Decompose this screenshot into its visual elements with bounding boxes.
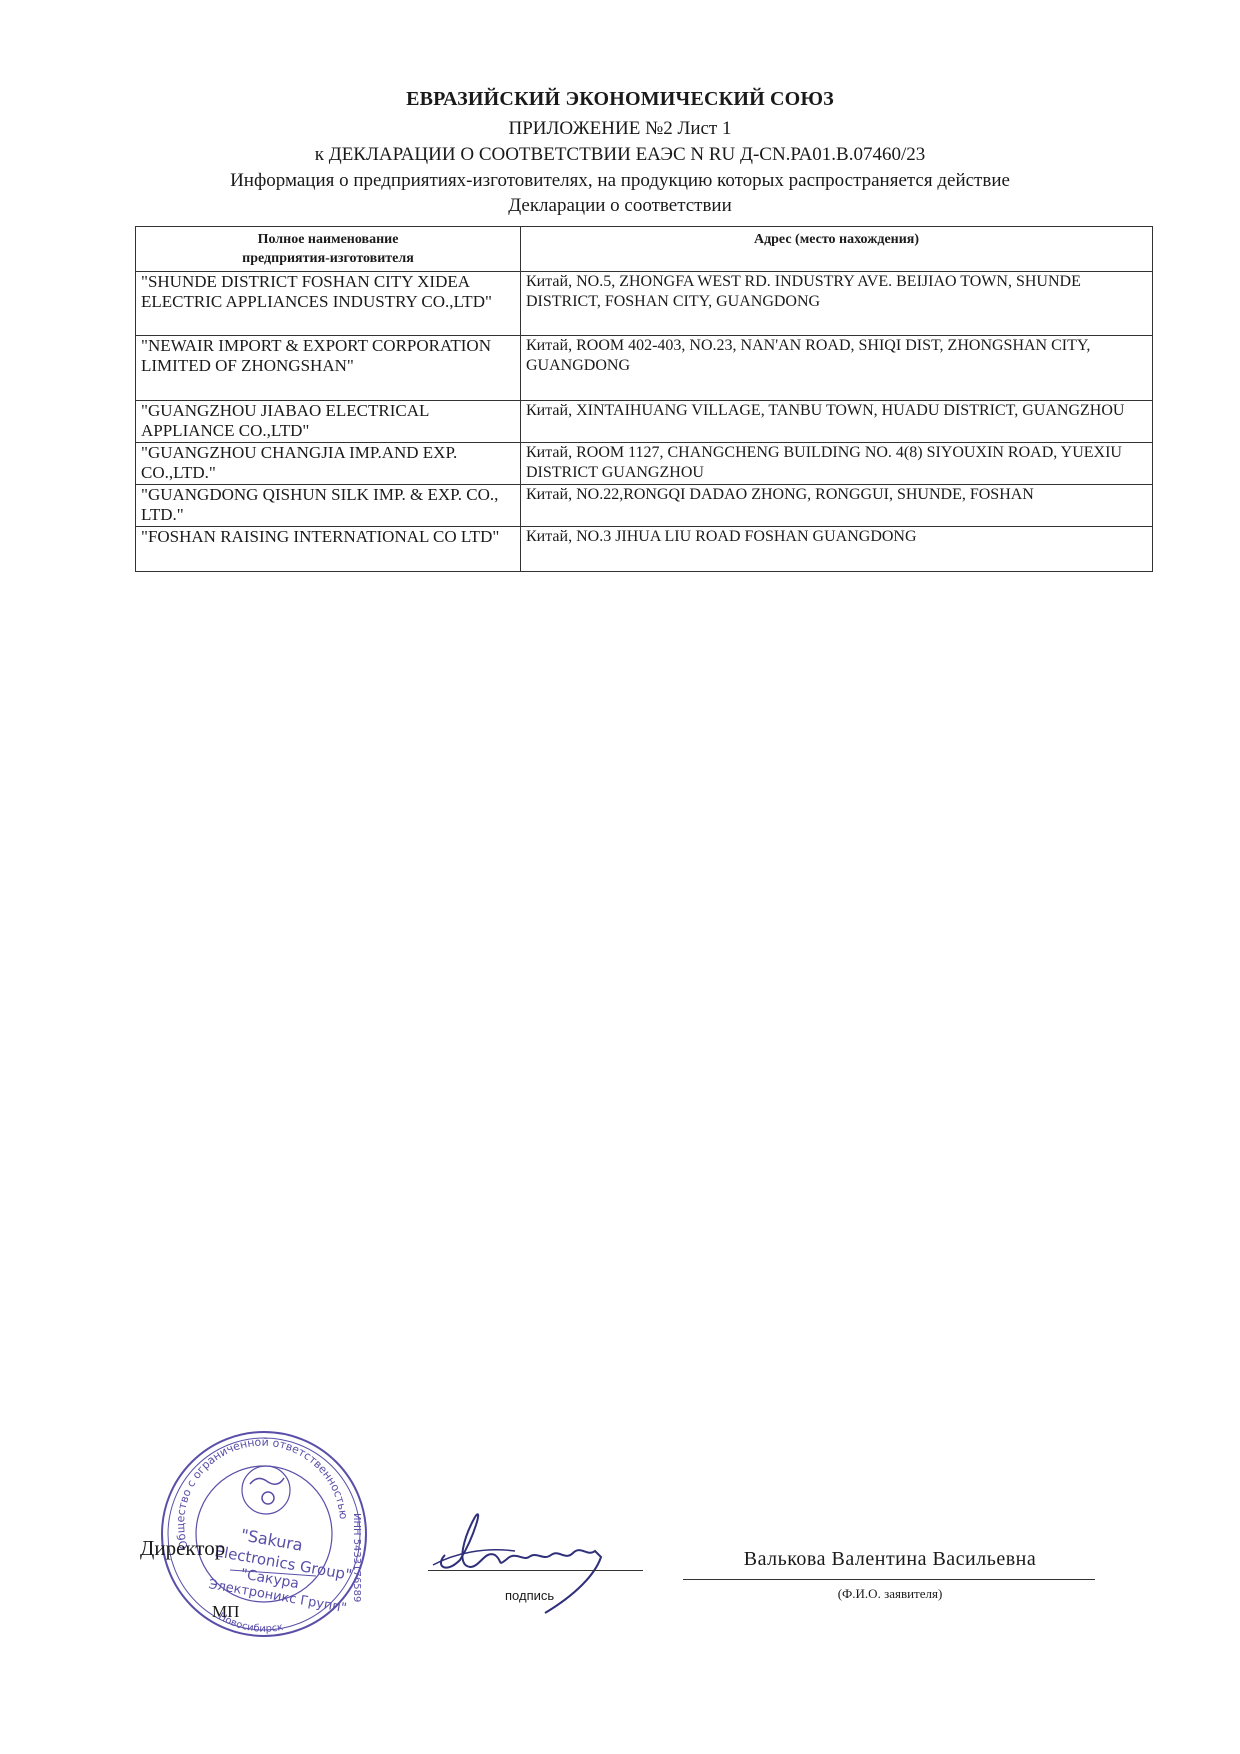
column-header-name-line2: предприятия-изготовителя <box>141 249 515 268</box>
manufacturer-name: "NEWAIR IMPORT & EXPORT CORPORATION LIMI… <box>136 336 521 401</box>
manufacturer-name: "GUANGZHOU CHANGJIA IMP.AND EXP. CO.,LTD… <box>136 443 521 485</box>
annex-label: ПРИЛОЖЕНИЕ №2 Лист 1 <box>0 118 1240 140</box>
table-row: "NEWAIR IMPORT & EXPORT CORPORATION LIMI… <box>136 336 1153 401</box>
applicant-name-line <box>683 1579 1095 1580</box>
manufacturers-table: Полное наименование предприятия-изготови… <box>135 226 1153 572</box>
manufacturer-name: "GUANGZHOU JIABAO ELECTRICAL APPLIANCE C… <box>136 401 521 443</box>
manufacturer-address: Китай, NO.3 JIHUA LIU ROAD FOSHAN GUANGD… <box>521 527 1153 572</box>
info-line-2: Декларации о соответствии <box>0 195 1240 217</box>
applicant-name: Валькова Валентина Васильевна <box>680 1548 1100 1571</box>
manufacturer-address: Китай, NO.22,RONGQI DADAO ZHONG, RONGGUI… <box>521 485 1153 527</box>
info-line-1: Информация о предприятиях-изготовителях,… <box>0 170 1240 192</box>
stamp-inn: ИНН 5433176589 <box>351 1513 362 1602</box>
manufacturer-address: Китай, ROOM 402-403, NO.23, NAN'AN ROAD,… <box>521 336 1153 401</box>
manufacturer-address: Китай, ROOM 1127, CHANGCHENG BUILDING NO… <box>521 443 1153 485</box>
declaration-number: к ДЕКЛАРАЦИИ О СООТВЕТСТВИИ ЕАЭС N RU Д-… <box>0 144 1240 166</box>
table-header-row: Полное наименование предприятия-изготови… <box>136 227 1153 272</box>
signature-line <box>428 1570 643 1571</box>
table-row: "FOSHAN RAISING INTERNATIONAL CO LTD" Ки… <box>136 527 1153 572</box>
table-row: "GUANGDONG QISHUN SILK IMP. & EXP. CO., … <box>136 485 1153 527</box>
manufacturer-address: Китай, XINTAIHUANG VILLAGE, TANBU TOWN, … <box>521 401 1153 443</box>
company-stamp: Общество с ограниченной ответственностью… <box>158 1428 370 1640</box>
manufacturer-name: "FOSHAN RAISING INTERNATIONAL CO LTD" <box>136 527 521 572</box>
signature-caption: подпись <box>505 1588 554 1603</box>
table-row: "GUANGZHOU JIABAO ELECTRICAL APPLIANCE C… <box>136 401 1153 443</box>
column-header-address: Адрес (место нахождения) <box>521 227 1153 272</box>
manufacturer-name: "SHUNDE DISTRICT FOSHAN CITY XIDEA ELECT… <box>136 272 521 336</box>
table-row: "SHUNDE DISTRICT FOSHAN CITY XIDEA ELECT… <box>136 272 1153 336</box>
manufacturer-address: Китай, NO.5, ZHONGFA WEST RD. INDUSTRY A… <box>521 272 1153 336</box>
manufacturer-name: "GUANGDONG QISHUN SILK IMP. & EXP. CO., … <box>136 485 521 527</box>
table-row: "GUANGZHOU CHANGJIA IMP.AND EXP. CO.,LTD… <box>136 443 1153 485</box>
seal-label: МП <box>212 1602 239 1622</box>
column-header-name: Полное наименование предприятия-изготови… <box>136 227 521 272</box>
column-header-name-line1: Полное наименование <box>141 230 515 249</box>
applicant-caption: (Ф.И.О. заявителя) <box>680 1586 1100 1602</box>
director-label: Директор <box>140 1536 225 1561</box>
union-title: ЕВРАЗИЙСКИЙ ЭКОНОМИЧЕСКИЙ СОЮЗ <box>0 88 1240 111</box>
